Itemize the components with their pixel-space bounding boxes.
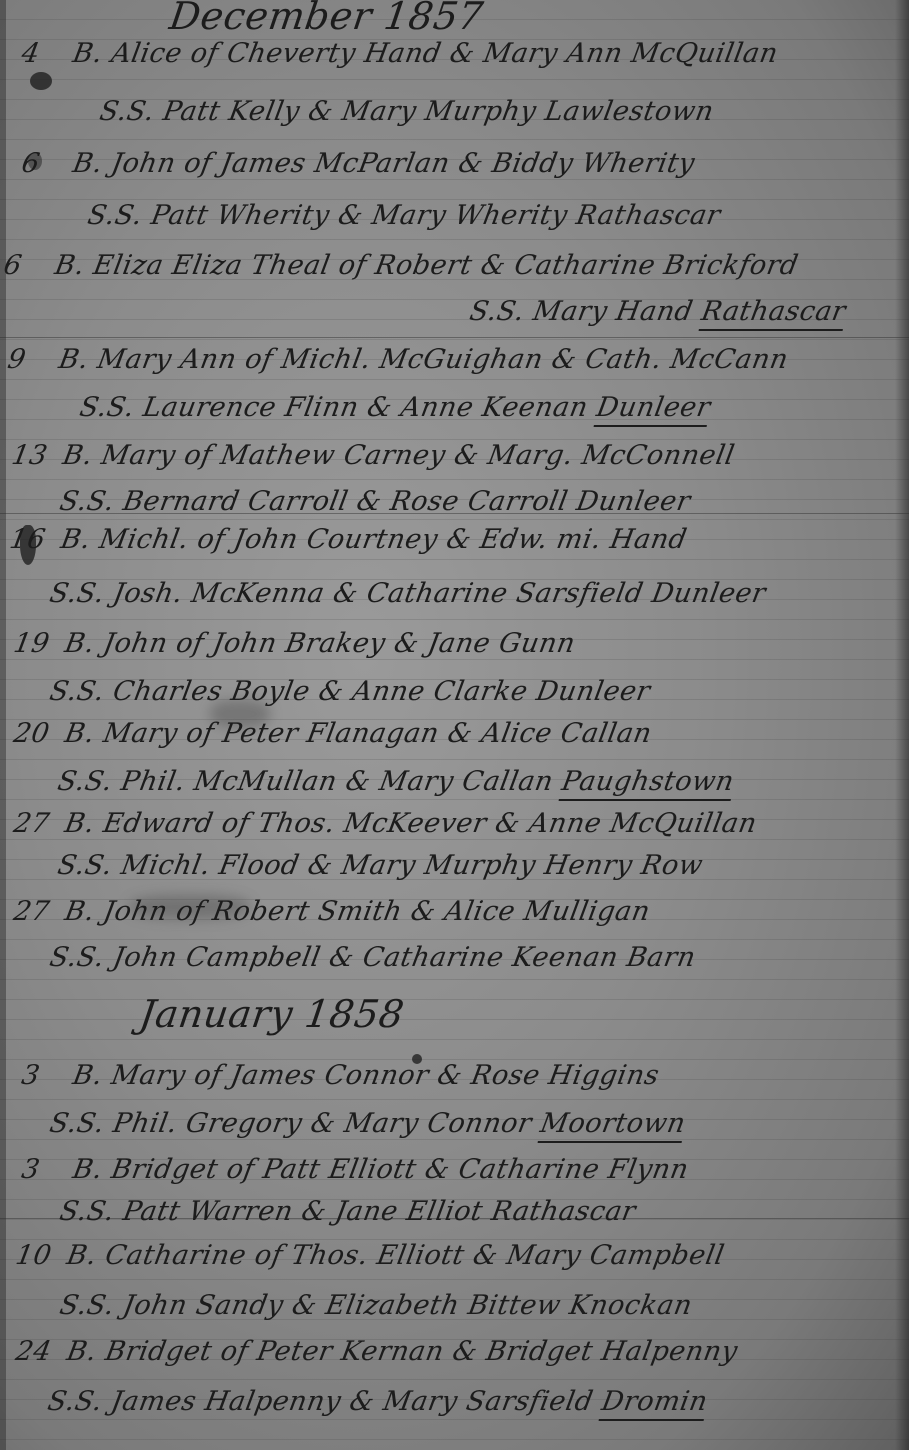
entry-place: Lawlestown <box>543 96 717 127</box>
entry-day: 3 <box>19 1154 66 1185</box>
page-left-edge <box>0 0 6 1450</box>
register-page: December 1857 4 B. Alice of Cheverty Han… <box>0 0 909 1450</box>
sponsors-text: S.S. John Campbell & Catharine Keenan <box>47 942 620 973</box>
entry-day: 10 <box>13 1240 60 1271</box>
entry-place: Dunleer <box>574 486 693 517</box>
entry-place: Dunleer <box>649 578 768 609</box>
entry-text: B. Mary of Peter Flanagan & Alice Callan <box>62 718 654 749</box>
entry-text: B. John of Robert Smith & Alice Mulligan <box>62 896 652 927</box>
entry-text: B. John of John Brakey & Jane Gunn <box>62 628 577 659</box>
entry-text: B. Bridget of Patt Elliott & Catharine F… <box>70 1154 691 1185</box>
entry-text: B. Catharine of Thos. Elliott & Mary Cam… <box>64 1240 726 1271</box>
entry-text: B. Mary of James Connor & Rose Higgins <box>70 1060 661 1091</box>
entry-place: Henry Row <box>542 850 705 881</box>
entry-sponsors: S.S. Phil. Gregory & Mary Connor Moortow… <box>47 1108 688 1139</box>
entry-record: 24 B. Bridget of Peter Kernan & Bridget … <box>13 1336 740 1367</box>
entry-record: 16 B. Michl. of John Courtney & Edw. mi.… <box>7 524 689 555</box>
sponsors-text: S.S. James Halpenny & Mary Sarsfield <box>45 1386 595 1417</box>
entry-text: B. Edward of Thos. McKeever & Anne McQui… <box>62 808 759 839</box>
entry-day: 9 <box>5 344 52 375</box>
entry-sponsors: S.S. Laurence Flinn & Anne Keenan Dunlee… <box>77 392 713 423</box>
entry-day: 6 <box>1 250 48 281</box>
sponsors-text: S.S. Patt Kelly & Mary Murphy <box>97 96 539 127</box>
entry-record: 10 B. Catharine of Thos. Elliott & Mary … <box>13 1240 727 1271</box>
entry-text: B. Mary of Mathew Carney & Marg. McConne… <box>60 440 737 471</box>
entry-sponsors: S.S. Mary Hand Rathascar <box>467 296 848 327</box>
entry-record: 3 B. Mary of James Connor & Rose Higgins <box>19 1060 662 1091</box>
sponsors-text: S.S. Charles Boyle & Anne Clarke <box>47 676 530 707</box>
entry-day: 13 <box>9 440 56 471</box>
entry-text: B. Alice of Cheverty Hand & Mary Ann McQ… <box>70 38 780 69</box>
month-heading-january-1858: January 1858 <box>137 992 407 1036</box>
sponsors-text: S.S. Laurence Flinn & Anne Keenan <box>77 392 590 423</box>
sponsors-text: S.S. Josh. McKenna & Catharine Sarsfield <box>47 578 646 609</box>
entry-place: Dunleer <box>534 676 653 707</box>
entry-day: 6 <box>19 148 66 179</box>
page-right-edge <box>895 0 909 1450</box>
ruled-line <box>0 337 909 338</box>
entry-sponsors: S.S. Bernard Carroll & Rose Carroll Dunl… <box>57 486 693 517</box>
sponsors-text: S.S. John Sandy & Elizabeth Bittew <box>57 1290 563 1321</box>
entry-day: 3 <box>19 1060 66 1091</box>
entry-place: Rathascar <box>698 296 848 331</box>
sponsors-text: S.S. Patt Warren & Jane Elliot <box>57 1196 485 1227</box>
entry-record: 4 B. Alice of Cheverty Hand & Mary Ann M… <box>19 38 780 69</box>
entry-text: B. Michl. of John Courtney & Edw. mi. Ha… <box>58 524 689 555</box>
entry-text: B. Eliza Eliza Theal of Robert & Cathari… <box>52 250 800 281</box>
entry-record: 27 B. Edward of Thos. McKeever & Anne Mc… <box>11 808 759 839</box>
entry-day: 4 <box>19 38 66 69</box>
entry-place: Rathascar <box>574 200 723 231</box>
entry-text: B. Mary Ann of Michl. McGuighan & Cath. … <box>56 344 790 375</box>
entry-sponsors: S.S. John Campbell & Catharine Keenan Ba… <box>47 942 698 973</box>
entry-sponsors: S.S. Michl. Flood & Mary Murphy Henry Ro… <box>55 850 705 881</box>
entry-sponsors: S.S. Patt Wherity & Mary Wherity Rathasc… <box>85 200 723 231</box>
sponsors-text: S.S. Mary Hand <box>467 296 695 327</box>
entry-place: Rathascar <box>489 1196 638 1227</box>
entry-record: 27 B. John of Robert Smith & Alice Mulli… <box>11 896 652 927</box>
entry-text: B. John of James McParlan & Biddy Wherit… <box>70 148 697 179</box>
entry-day: 20 <box>11 718 58 749</box>
entry-sponsors: S.S. Phil. McMullan & Mary Callan Paughs… <box>55 766 736 797</box>
entry-day: 24 <box>13 1336 60 1367</box>
entry-day: 27 <box>11 896 58 927</box>
entry-day: 19 <box>11 628 58 659</box>
ink-blot <box>30 72 52 90</box>
entry-sponsors: S.S. Josh. McKenna & Catharine Sarsfield… <box>47 578 768 609</box>
sponsors-text: S.S. Phil. McMullan & Mary Callan <box>55 766 556 797</box>
entry-record: 19 B. John of John Brakey & Jane Gunn <box>11 628 578 659</box>
entry-sponsors: S.S. Patt Kelly & Mary Murphy Lawlestown <box>97 96 716 127</box>
entry-place: Moortown <box>537 1108 688 1143</box>
sponsors-text: S.S. Phil. Gregory & Mary Connor <box>47 1108 534 1139</box>
entry-record: 13 B. Mary of Mathew Carney & Marg. McCo… <box>9 440 737 471</box>
entry-place: Knockan <box>567 1290 695 1321</box>
entry-place: Dromin <box>599 1386 711 1421</box>
entry-place: Barn <box>624 942 698 973</box>
entry-day: 16 <box>7 524 54 555</box>
entry-sponsors: S.S. Patt Warren & Jane Elliot Rathascar <box>57 1196 638 1227</box>
sponsors-text: S.S. Patt Wherity & Mary Wherity <box>85 200 570 231</box>
entry-record: 3 B. Bridget of Patt Elliott & Catharine… <box>19 1154 691 1185</box>
entry-record: 20 B. Mary of Peter Flanagan & Alice Cal… <box>11 718 654 749</box>
entry-sponsors: S.S. John Sandy & Elizabeth Bittew Knock… <box>57 1290 694 1321</box>
sponsors-text: S.S. Bernard Carroll & Rose Carroll <box>57 486 570 517</box>
entry-place: Paughstown <box>559 766 737 801</box>
entry-record: 9 B. Mary Ann of Michl. McGuighan & Cath… <box>5 344 791 375</box>
entry-sponsors: S.S. Charles Boyle & Anne Clarke Dunleer <box>47 676 653 707</box>
entry-place: Dunleer <box>593 392 713 427</box>
entry-record: 6 B. John of James McParlan & Biddy Wher… <box>19 148 697 179</box>
month-heading-december-1857: December 1857 <box>167 0 486 38</box>
entry-text: B. Bridget of Peter Kernan & Bridget Hal… <box>64 1336 740 1367</box>
entry-sponsors: S.S. James Halpenny & Mary Sarsfield Dro… <box>45 1386 710 1417</box>
sponsors-text: S.S. Michl. Flood & Mary Murphy <box>55 850 538 881</box>
entry-record: 6 B. Eliza Eliza Theal of Robert & Catha… <box>1 250 801 281</box>
entry-day: 27 <box>11 808 58 839</box>
